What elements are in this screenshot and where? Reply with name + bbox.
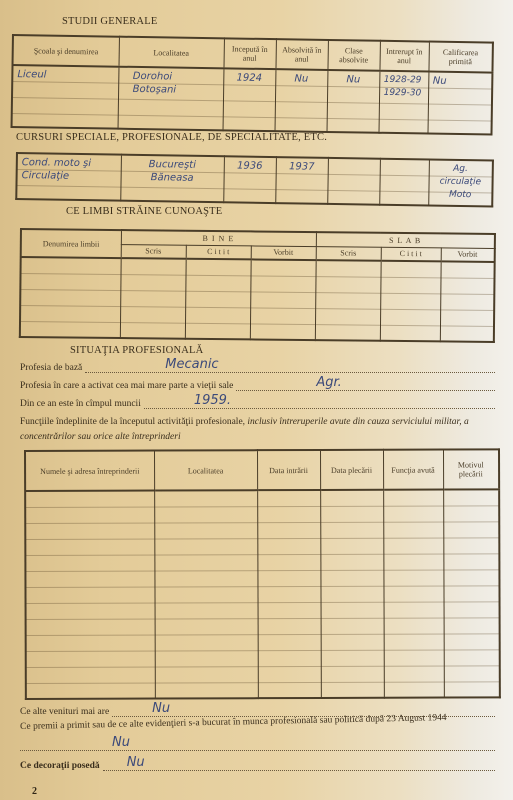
work-since-value: 1959. [194,393,231,408]
col-graduated: Absolvitǎ în anul [275,39,327,70]
course-qualification-value[interactable]: Ag. circulaţie Moto [429,160,492,204]
page-number: 2 [32,786,37,797]
leave-date-cell[interactable] [320,490,384,698]
table-row: Liceul Dorohoi Botoşani 1924 Nu Nu 1928-… [12,65,493,135]
course-graduated-value[interactable]: 1937 [276,158,327,176]
functions-description: Funcţiile îndeplinite de la începutul ac… [20,415,495,445]
languages-title: CE LIMBI STRǍINE CUNOAŞTE [66,206,222,217]
base-profession-row: Profesia de bazǎ Mecanic [20,362,495,373]
course-start-value[interactable]: 1936 [224,157,275,175]
main-profession-value: Agr. [316,375,341,390]
base-profession-field[interactable]: Mecanic [85,362,495,373]
work-since-row: Din ce an este în cîmpul muncii 1959. [20,398,495,409]
employment-table: Numele şi adresa întreprinderii Localita… [24,448,501,700]
decorations-value: Nu [127,755,145,770]
decorations-row: Ce decoraţii posedǎ Nu [20,760,495,771]
decorations-label: Ce decoraţii posedǎ [20,761,100,771]
general-studies-title: STUDII GENERALE [62,16,157,27]
general-studies-table: Şcoala şi denumirea Localitatea Inceputǎ… [11,34,494,136]
col-locality: Localitatea [118,37,223,69]
col-emp-locality: Localitatea [154,450,257,490]
awards-value: Nu [112,735,130,750]
col-weak-written: Scris [316,246,381,261]
table-row [20,257,495,342]
graduated-value[interactable]: Nu [276,70,327,88]
language-name-cell[interactable] [20,257,121,338]
entry-date-cell[interactable] [257,490,321,698]
col-school: Şcoala şi denumirea [13,35,119,67]
col-leave-reason: Motivul plecǎrii [443,449,499,489]
course-classes-value[interactable] [328,159,379,164]
company-cell[interactable] [25,491,155,699]
good-written-cell[interactable] [120,258,186,339]
work-since-label: Din ce an este în cîmpul muncii [20,399,141,409]
col-start: Inceputǎ în anul [223,38,275,69]
classes-value[interactable]: Nu [328,71,379,89]
weak-spoken-cell[interactable] [440,261,495,342]
languages-table: Denumirea limbii B I N E S L A B Scris C… [19,228,496,343]
school-value[interactable]: Liceul [13,66,118,85]
good-spoken-cell[interactable] [250,259,316,340]
qualification-value[interactable]: Nu [429,73,492,91]
professional-title: SITUAŢIA PROFESIONALǍ [70,345,203,356]
col-qualification: Calificarea primitǎ [428,42,492,73]
table-row: Cond. moto şi Circulaţie Bucureşti Bănea… [16,153,493,206]
leave-reason-cell[interactable] [443,489,500,697]
emp-locality-cell[interactable] [154,490,258,698]
function-cell[interactable] [383,490,444,698]
main-profession-label: Profesia în care a activat cea mai mare … [20,381,233,391]
col-language-name: Denumirea limbii [21,229,121,258]
weak-read-cell[interactable] [380,261,441,342]
special-courses-title: CURSURI SPECIALE, PROFESIONALE, DE SPECI… [16,132,327,143]
awards-row: Nu [20,740,495,751]
form-page: STUDII GENERALE Şcoala şi denumirea Loca… [0,0,513,800]
col-weak-read: C i t i t [381,247,441,262]
start-value[interactable]: 1924 [224,69,275,87]
weak-written-cell[interactable] [315,260,381,341]
col-good-spoken: Vorbit [251,245,316,260]
col-good-written: Scris [121,244,186,259]
special-courses-table: Cond. moto şi Circulaţie Bucureşti Bănea… [15,152,494,208]
course-interrupted-value[interactable] [380,160,428,165]
base-profession-label: Profesia de bazǎ [20,363,82,373]
good-read-cell[interactable] [185,259,251,340]
income-label: Ce alte venituri mai are [20,707,109,717]
col-leave-date: Data plecǎrii [320,450,383,490]
col-weak-spoken: Vorbit [441,247,495,262]
col-function: Funcţia avutǎ [383,450,443,490]
course-school-value[interactable]: Cond. moto şi Circulaţie [17,154,120,186]
locality-value[interactable]: Dorohoi Botoşani [119,68,223,100]
awards-field[interactable]: Nu [20,740,495,751]
functions-label: Funcţiile îndeplinite de la începutul ac… [20,417,245,427]
col-entry-date: Data intrǎrii [257,450,320,490]
col-interrupted: Intrerupt în anul [379,41,428,72]
course-locality-value[interactable]: Bucureşti Băneasa [121,156,223,188]
col-good-read: C i t i t [186,245,251,260]
base-profession-value: Mecanic [165,357,218,372]
main-profession-row: Profesia în care a activat cea mai mare … [20,380,495,391]
work-since-field[interactable]: 1959. [144,398,495,409]
income-value: Nu [152,701,170,716]
decorations-field[interactable]: Nu [103,760,495,771]
col-company: Numele şi adresa întreprinderii [25,451,154,491]
col-classes: Clase absolvite [327,40,379,71]
interrupted-value[interactable]: 1928-29 1929-30 [379,72,427,103]
main-profession-field[interactable]: Agr. [236,380,495,391]
table-row [25,489,500,699]
